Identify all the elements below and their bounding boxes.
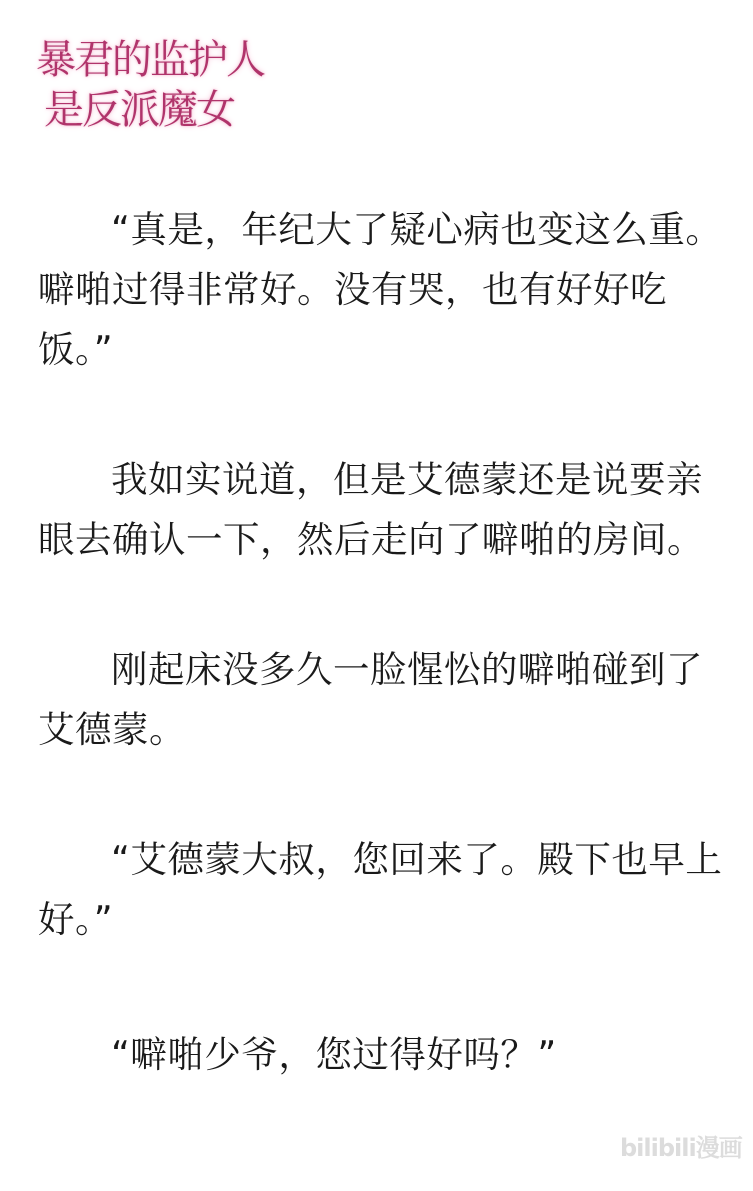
story-text: “真是，年纪大了疑心病也变这么重。噼啪过得非常好。没有哭，也有好好吃饭。” 我如… — [38, 200, 728, 1155]
logo-line-2: 是反派魔女 — [44, 78, 234, 135]
paragraph-4: “艾德蒙大叔，您回来了。殿下也早上好。” — [38, 830, 728, 950]
paragraph-2: 我如实说道，但是艾德蒙还是说要亲眼去确认一下，然后走向了噼啪的房间。 — [38, 450, 728, 570]
paragraph-5: “噼啪少爷，您过得好吗？” — [38, 1025, 728, 1085]
paragraph-1: “真是，年纪大了疑心病也变这么重。噼啪过得非常好。没有哭，也有好好吃饭。” — [38, 200, 728, 380]
comic-title-logo: 暴君的监护人 是反派魔女 — [36, 24, 266, 134]
logo-line-1: 暴君的监护人 — [36, 28, 264, 85]
paragraph-3: 刚起床没多久一脸惺忪的噼啪碰到了艾德蒙。 — [38, 640, 728, 760]
bilibili-watermark-icon: bilibili漫画 — [620, 1128, 742, 1163]
